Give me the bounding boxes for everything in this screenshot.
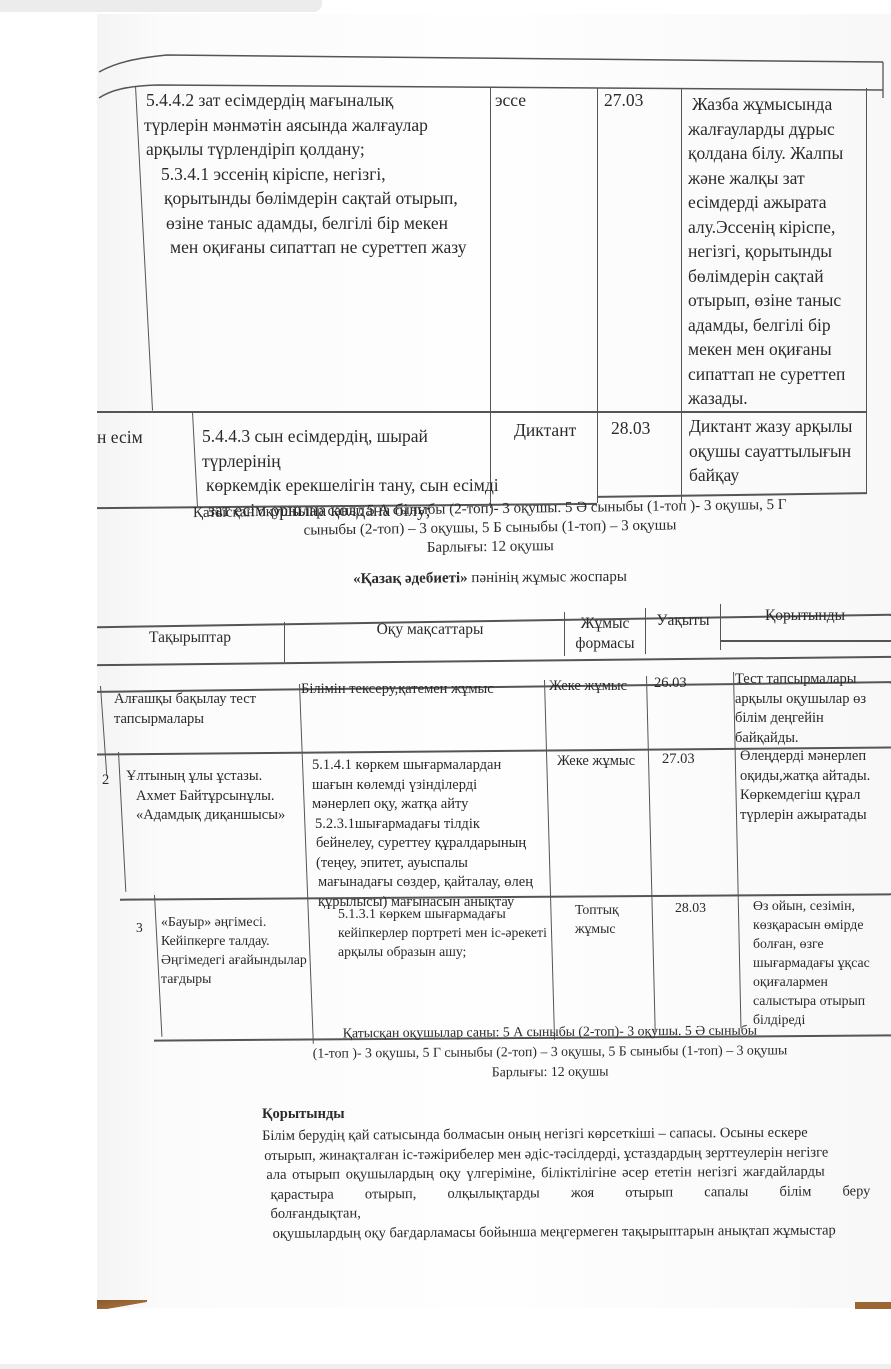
- text-line: Топтық: [575, 900, 619, 919]
- text-line: 5.4.4.3 сын есімдердің, шырай түрлерінің: [202, 424, 502, 473]
- t1-row1-result: Жазба жұмысында жалғауларды дұрыс қолдан…: [688, 92, 868, 411]
- t2-header-divider: [720, 640, 891, 642]
- text-line: болған, өзге: [753, 934, 891, 953]
- header-line: Жұмыс: [566, 614, 644, 634]
- t2-row3-form: Топтық жұмыс: [575, 900, 619, 938]
- text-line: салыстыра отырып: [753, 991, 891, 1010]
- text-line: 5.1.4.1 көркем шығармалардан: [312, 756, 562, 776]
- text-line: арқылы образын ашу;: [338, 942, 583, 961]
- t2-header-topics: Тақырыптар: [140, 628, 240, 648]
- text-line: оқиды,жатқа айтады.: [740, 767, 890, 787]
- text-line: Әңгімедегі ағайындылар: [161, 950, 341, 969]
- text-line: оқиғалармен: [753, 972, 891, 991]
- t2-row2-number: 2: [102, 771, 109, 791]
- t2-row1-form: Жеке жұмыс: [549, 677, 627, 697]
- text-line: байқайды.: [735, 729, 891, 749]
- text-line: 5.4.4.2 зат есімдердің мағыналық: [146, 88, 491, 113]
- text-line: тапсырмалары: [114, 710, 294, 730]
- t2-header-objectives: Оқу мақсаттары: [330, 620, 530, 640]
- viewer-top-bar: [0, 0, 322, 12]
- t1-row2-result: Диктант жазу арқылы оқушы сауаттылығын б…: [689, 414, 869, 488]
- text-line: жалғауларды дұрыс: [688, 117, 868, 142]
- t2-row2-form: Жеке жұмыс: [557, 752, 635, 772]
- text-line: арқылы түрлендіріп қолдану;: [146, 137, 491, 162]
- text-line: жұмыс: [575, 919, 619, 938]
- caption-total: Барлығы: 12 оқушы: [260, 1060, 840, 1084]
- t2-row3-topic: «Бауыр» әңгімесі. Кейіпкерге талдау. Әңг…: [161, 912, 341, 988]
- t2-row2-date: 27.03: [662, 750, 695, 770]
- t2-row3-date: 28.03: [675, 898, 706, 918]
- text-line: Ахмет Байтұрсынұлы.: [136, 787, 306, 807]
- text-line: шағын көлемді үзінділерді: [312, 776, 562, 796]
- table-2-participants-caption: Қатысқан оқушылар саны: 5 А сыныбы (2-то…: [260, 1020, 840, 1084]
- t1-row2-form: Диктант: [514, 418, 576, 443]
- t2-row1-objectives: Білімін тексеру,қатемен жұмыс: [301, 680, 541, 700]
- t2-row1-result: Тест тапсырмалары арқылы оқушылар өз біл…: [735, 670, 891, 748]
- text-line: Диктант жазу арқылы: [689, 414, 869, 439]
- text-line: жазады.: [688, 386, 868, 411]
- text-line: оқушы сауаттылығын: [689, 439, 869, 464]
- t2-row2-objectives: 5.1.4.1 көркем шығармалардан шағын көлем…: [312, 756, 562, 912]
- text-line: түрлерін ажыратады: [740, 806, 890, 826]
- t2-header-col-divider: [284, 622, 285, 662]
- viewer-bottom-bar: [0, 1364, 891, 1369]
- text-line: арқылы оқушылар өз: [735, 690, 891, 710]
- t2-row1-date: 26.03: [654, 674, 687, 694]
- text-line: оқушылардың оқу бағдарламасы бойынша мең…: [273, 1221, 871, 1244]
- t2-header-time: Уақыты: [648, 611, 718, 631]
- t2-row3-objectives: 5.1.3.1 көркем шығармадағы кейіпкерлер п…: [338, 904, 583, 961]
- text-line: Өз ойын, сезімін,: [753, 896, 891, 915]
- text-line: Кейіпкерге талдау.: [161, 931, 341, 950]
- section-title-subject: «Қазақ әдебиеті»: [353, 570, 468, 587]
- t1-row2-topic: н есім: [97, 425, 143, 450]
- text-line: қолдана білу. Жалпы: [688, 141, 868, 166]
- text-line: (теңеу, эпитет, ауыспалы: [316, 854, 562, 874]
- text-line: мен оқиғаны сипаттап не суреттеп жазу: [170, 235, 491, 260]
- text-line: Тест тапсырмалары: [735, 670, 891, 690]
- text-line: алу.Эссенің кіріспе,: [688, 215, 868, 240]
- text-line: 5.3.4.1 эссенің кіріспе, негізгі,: [161, 162, 491, 187]
- header-line: формасы: [566, 634, 644, 654]
- t1-row1-objectives: 5.4.4.2 зат есімдердің мағыналық түрлері…: [146, 88, 491, 260]
- text-line: негізгі, қорытынды: [688, 239, 868, 264]
- text-line: түрлерін мәнмәтін аясында жалғаулар: [144, 113, 491, 138]
- t2-row3-result: Өз ойын, сезімін, көзқарасын өмірде болғ…: [753, 896, 891, 1029]
- text-line: Ұлтының ұлы ұстазы.: [126, 767, 306, 787]
- desk-edge-right: [855, 1302, 891, 1309]
- table-1-participants-caption: Қатысқан оқушылар саны: 5 А сыныбы (2-то…: [130, 495, 851, 562]
- text-line: бейнелеу, суреттеу құралдарының: [316, 834, 562, 854]
- caption-line: (1-топ )- 3 оқушы, 5 Г сыныбы (2-топ) – …: [260, 1040, 840, 1064]
- t2-header-result: Қорытынды: [740, 606, 870, 626]
- t1-row2-date: 28.03: [611, 416, 650, 441]
- text-line: адамды, белгілі бір: [688, 313, 868, 338]
- t1-col-divider: [597, 88, 598, 503]
- t2-row2-topic: Ұлтының ұлы ұстазы. Ахмет Байтұрсынұлы. …: [126, 767, 306, 826]
- text-line: байқау: [689, 463, 869, 488]
- text-line: Алғашқы бақылау тест: [114, 690, 294, 710]
- text-line: Өлеңдерді мәнерлеп: [740, 747, 890, 767]
- t1-col-divider: [681, 88, 682, 503]
- text-line: білім деңгейін: [735, 709, 891, 729]
- text-line: «Адамдық диқаншысы»: [136, 806, 306, 826]
- t1-row-divider: [97, 411, 867, 413]
- text-line: кейіпкерлер портреті мен іс-әрекеті: [338, 923, 583, 942]
- text-line: есімдерді ажырата: [688, 190, 868, 215]
- text-line: Көркемдегіш құрал: [740, 786, 890, 806]
- conclusion-paragraph: Білім берудің қай сатысында болмасын оны…: [262, 1123, 871, 1244]
- t2-header-form: Жұмыс формасы: [566, 614, 644, 653]
- text-line: бөлімдерін сақтай: [688, 264, 868, 289]
- text-line: өзіне таныс адамды, белгілі бір мекен: [166, 211, 491, 236]
- text-line: мағынадағы сөздер, қайталау, өлең: [318, 873, 562, 893]
- text-line: Жазба жұмысында: [692, 92, 868, 117]
- t2-row2-result: Өлеңдерді мәнерлеп оқиды,жатқа айтады. К…: [740, 747, 890, 825]
- text-line: тағдыры: [161, 969, 341, 988]
- text-line: мәнерлеп оқу, жатқа айту: [312, 795, 562, 815]
- text-line: 5.2.3.1шығармадағы тілдік: [315, 815, 562, 835]
- t1-row1-form: эссе: [495, 88, 526, 113]
- t2-row1-topic: Алғашқы бақылау тест тапсырмалары: [114, 690, 294, 729]
- text-line: көркемдік ерекшелігін тану, сын есімді: [206, 473, 502, 498]
- t2-header-col-divider: [720, 604, 721, 650]
- text-line: сипаттап не суреттеп: [688, 362, 868, 387]
- text-line: отырып, өзіне таныс: [688, 288, 868, 313]
- text-line: «Бауыр» әңгімесі.: [161, 912, 341, 931]
- text-line: және жалқы зат: [688, 166, 868, 191]
- text-line: көзқарасын өмірде: [753, 915, 891, 934]
- desk-edge-left: [97, 1300, 147, 1309]
- text-line: 5.1.3.1 көркем шығармадағы: [338, 904, 583, 923]
- t2-row3-number: 3: [136, 918, 143, 938]
- text-line: мекен мен оқиғаны: [688, 337, 868, 362]
- text-line: қорытынды бөлімдерін сақтай отырып,: [164, 186, 491, 211]
- section-title-rest: пәнінің жұмыс жоспары: [468, 569, 627, 586]
- t2-header-col-divider: [645, 608, 646, 654]
- conclusion-heading: Қорытынды: [262, 1106, 345, 1123]
- text-line: қарастыра отырып, олқылықтарды жоя отыры…: [270, 1182, 870, 1225]
- text-line: шығармадағы ұқсас: [753, 953, 891, 972]
- t1-row1-date: 27.03: [604, 88, 643, 113]
